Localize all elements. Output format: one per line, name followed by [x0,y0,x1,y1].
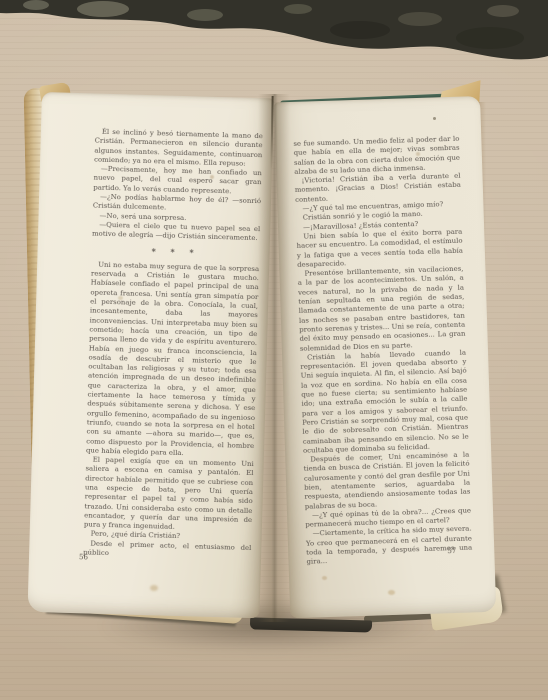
paragraph: Cristián la había llevado cuando la repr… [300,348,469,455]
photo-background: Él se inclinó y besó tiernamente la mano… [0,0,548,700]
gutter-crease-line [270,96,273,170]
paragraph: Después de comer, Uni encaminóse a la ti… [303,451,471,512]
left-page: Él se inclinó y besó tiernamente la mano… [27,92,273,618]
paragraph: Presentóse brillantemente, sin vacilacio… [297,265,466,354]
paragraph: Desde el primer acto, el entusiasmo del … [83,539,251,562]
paragraph: El papel exigía que en un momento Uni sa… [84,455,254,534]
top-shadow-band [0,0,548,90]
right-page: se fue sumando. Un medio feliz al poder … [274,96,496,618]
page-number-right: 57 [447,547,456,555]
paragraph: se fue sumando. Un medio feliz al poder … [293,135,460,177]
paragraph: —Ciertamente, la crítica ha sido muy sev… [306,525,473,567]
section-break: * * * [91,245,259,259]
paragraph: Uni no estaba muy segura de que la sorpr… [86,260,259,460]
paragraph: Uni bien sabía lo que el éxito borra par… [296,228,463,270]
left-page-text: Él se inclinó y besó tiernamente la mano… [83,127,263,562]
right-page-text: se fue sumando. Un medio feliz al poder … [293,135,472,568]
paragraph: Él se inclinó y besó tiernamente la mano… [94,127,263,169]
paragraph: —Quiera el cielo que tu nuevo papel sea … [92,220,260,243]
page-number-left: 56 [79,553,88,561]
